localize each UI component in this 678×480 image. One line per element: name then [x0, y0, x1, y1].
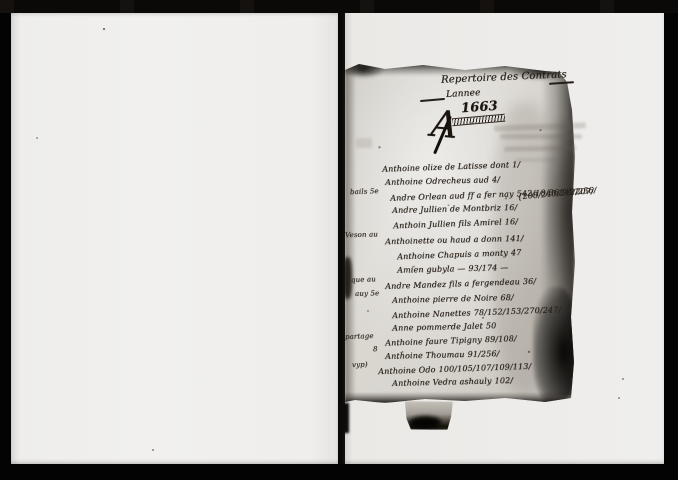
entry-name-text: Anthoine Vedra ashauly	[392, 376, 492, 387]
entry-margin-note: vyp)	[352, 360, 368, 369]
year-label: 1663	[461, 99, 499, 117]
ink-bleedthrough	[500, 134, 582, 139]
entry-margin-note: 8	[373, 345, 378, 353]
tab-ink-blob	[409, 416, 441, 429]
page-subtitle: Lannee	[446, 88, 481, 100]
index-entries: Anthoine olize de Latisse dont1/Anthoine…	[345, 150, 601, 386]
entry-margin-note: que au	[351, 275, 376, 284]
gutter-smudge	[340, 403, 349, 433]
entry-margin-note: Veson au	[345, 230, 378, 239]
ink-bleedthrough	[356, 138, 372, 148]
page-gutter	[338, 13, 345, 464]
dust-speck	[103, 28, 105, 30]
entry-page-refs: 36/	[523, 277, 537, 286]
entry-margin-note: auy 5e	[355, 289, 380, 298]
blank-left-page	[11, 13, 338, 464]
entry-page-refs-continued: {208/240/212/256/	[517, 185, 597, 201]
dust-speck	[152, 449, 154, 451]
dust-speck	[622, 378, 624, 380]
entry-page-refs: 47	[511, 248, 522, 257]
entry-margin-note: partage	[345, 332, 374, 341]
dust-speck	[618, 397, 620, 399]
dust-speck	[36, 137, 38, 139]
microfilm-top-band	[0, 0, 678, 13]
entry-page-refs: 102/	[494, 376, 513, 385]
entry-page-refs: 1/	[512, 160, 520, 169]
entry-margin-note: bails 5e	[350, 187, 379, 196]
paper-tab	[405, 401, 453, 431]
